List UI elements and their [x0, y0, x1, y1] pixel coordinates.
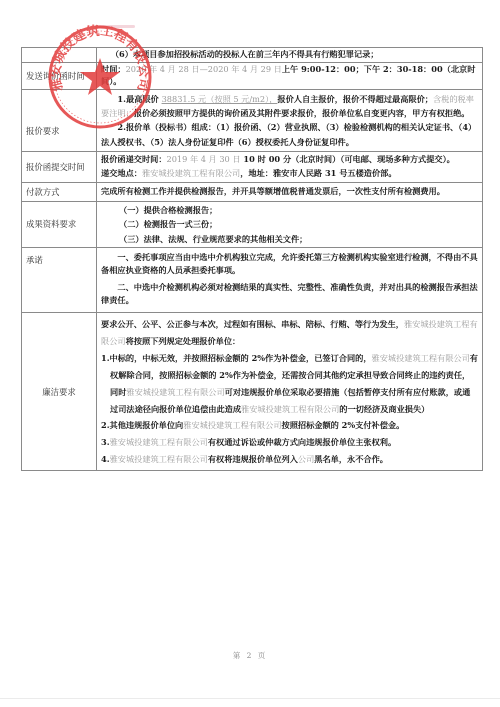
integrity-item-4: 4.雅安城投建筑工程有限公司有权将违规报价单位列入公司黑名单，永不合作。	[101, 451, 478, 468]
row-quote-requirements: 报价要求 1.最高限价 38831.5 元（按照 5 元/m2），报价人自主报价…	[22, 89, 483, 151]
row-inquiry-time: 发送询价函时间 时间：2020 年 4 月 28 日—2020 年 4 月 29…	[22, 62, 483, 89]
integrity-label: 廉洁要求	[22, 313, 97, 470]
integrity-item-2: 2.其他违规报价单位向雅安城投建筑工程有限公司按照招标金额的 2%支付补偿金。	[101, 417, 478, 434]
quote-item-1: 1.最高限价 38831.5 元（按照 5 元/m2），报价人自主报价，报价不得…	[101, 92, 478, 121]
promise-value: 一、委托事项应当由中选中介机构独立完成，允许委托第三方检测机构实验室进行检测，不…	[97, 247, 483, 313]
criminal-record-text: （6）本项目参加招投标活动的投标人在前三年内不得具有行贿犯罪记录；	[97, 48, 483, 63]
empty-label-cell	[22, 48, 97, 63]
row-deliverables: 成果资料要求 （一）提供合格检测报告； （二）检测报告一式三份； （三）法律、法…	[22, 201, 483, 247]
row-payment: 付款方式 完成所有检测工作并提供检测报告，并开具等额增值税普通发票后，一次性支付…	[22, 182, 483, 201]
inquiry-time-value: 时间：2020 年 4 月 28 日—2020 年 4 月 29 日上午 9:0…	[97, 62, 483, 89]
submission-date: 2019 年 4 月 30 日	[167, 154, 241, 164]
deliverable-item: （三）法律、法规、行业规范要求的其他相关文件；	[101, 232, 478, 246]
row-promise: 承诺 一、委托事项应当由中选中介机构独立完成，允许委托第三方检测机构实验室进行检…	[22, 247, 483, 313]
deliverables-label: 成果资料要求	[22, 201, 97, 247]
submission-company: 雅安城投建筑工程有限公司	[142, 168, 240, 178]
integrity-value: 要求公开、公平、公正参与本次，过程如有围标、串标、陪标、行贿、等行为发生，雅安城…	[97, 313, 483, 470]
quotation-requirements-table: （6）本项目参加招投标活动的投标人在前三年内不得具有行贿犯罪记录； 发送询价函时…	[21, 47, 483, 471]
page-number: 第 2 页	[0, 650, 500, 661]
promise-item: 二、中选中介检测机构必须对检测结果的真实性、完整性、准确性负责，并对出具的检测报…	[101, 281, 478, 307]
deliverables-value: （一）提供合格检测报告； （二）检测报告一式三份； （三）法律、法规、行业规范要…	[97, 201, 483, 247]
promise-item: 一、委托事项应当由中选中介机构独立完成，允许委托第三方检测机构实验室进行检测，不…	[101, 251, 478, 277]
quote-item-2: 2.报价单（投标书）组成：（1）报价函、（2）营业执照、（3）检验检测机构的相关…	[101, 120, 478, 149]
quote-requirements-label: 报价要求	[22, 89, 97, 151]
row-submission-time: 报价函提交时间 报价函递交时间：2019 年 4 月 30 日 10 时 00 …	[22, 152, 483, 183]
max-price: 38831.5 元（按照 5 元/m2），	[162, 94, 278, 104]
payment-label: 付款方式	[22, 182, 97, 201]
inquiry-date-range: 2020 年 4 月 28 日—2020 年 4 月 29 日	[126, 64, 282, 74]
payment-value: 完成所有检测工作并提供检测报告，并开具等额增值税普通发票后，一次性支付所有检测费…	[97, 182, 483, 201]
inquiry-time-label: 发送询价函时间	[22, 62, 97, 89]
row-integrity: 廉洁要求 要求公开、公平、公正参与本次，过程如有围标、串标、陪标、行贿、等行为发…	[22, 313, 483, 470]
deliverable-item: （一）提供合格检测报告；	[101, 203, 478, 217]
page-bottom-divider	[0, 698, 500, 699]
promise-label: 承诺	[22, 247, 97, 313]
stray-ink-mark	[95, 25, 135, 28]
integrity-item-1: 1.中标的，中标无效，并按照招标金额的 2%作为补偿金，已签订合同的，雅安城投建…	[101, 350, 478, 417]
quote-requirements-value: 1.最高限价 38831.5 元（按照 5 元/m2），报价人自主报价，报价不得…	[97, 89, 483, 151]
deliverable-item: （二）检测报告一式三份；	[101, 217, 478, 231]
integrity-item-3: 3.雅安城投建筑工程有限公司有权通过诉讼或仲裁方式向违规报价单位主张权利。	[101, 434, 478, 451]
row-criminal-record: （6）本项目参加招投标活动的投标人在前三年内不得具有行贿犯罪记录；	[22, 48, 483, 63]
submission-time-label: 报价函提交时间	[22, 152, 97, 183]
submission-time-value: 报价函递交时间：2019 年 4 月 30 日 10 时 00 分（北京时间）（…	[97, 152, 483, 183]
